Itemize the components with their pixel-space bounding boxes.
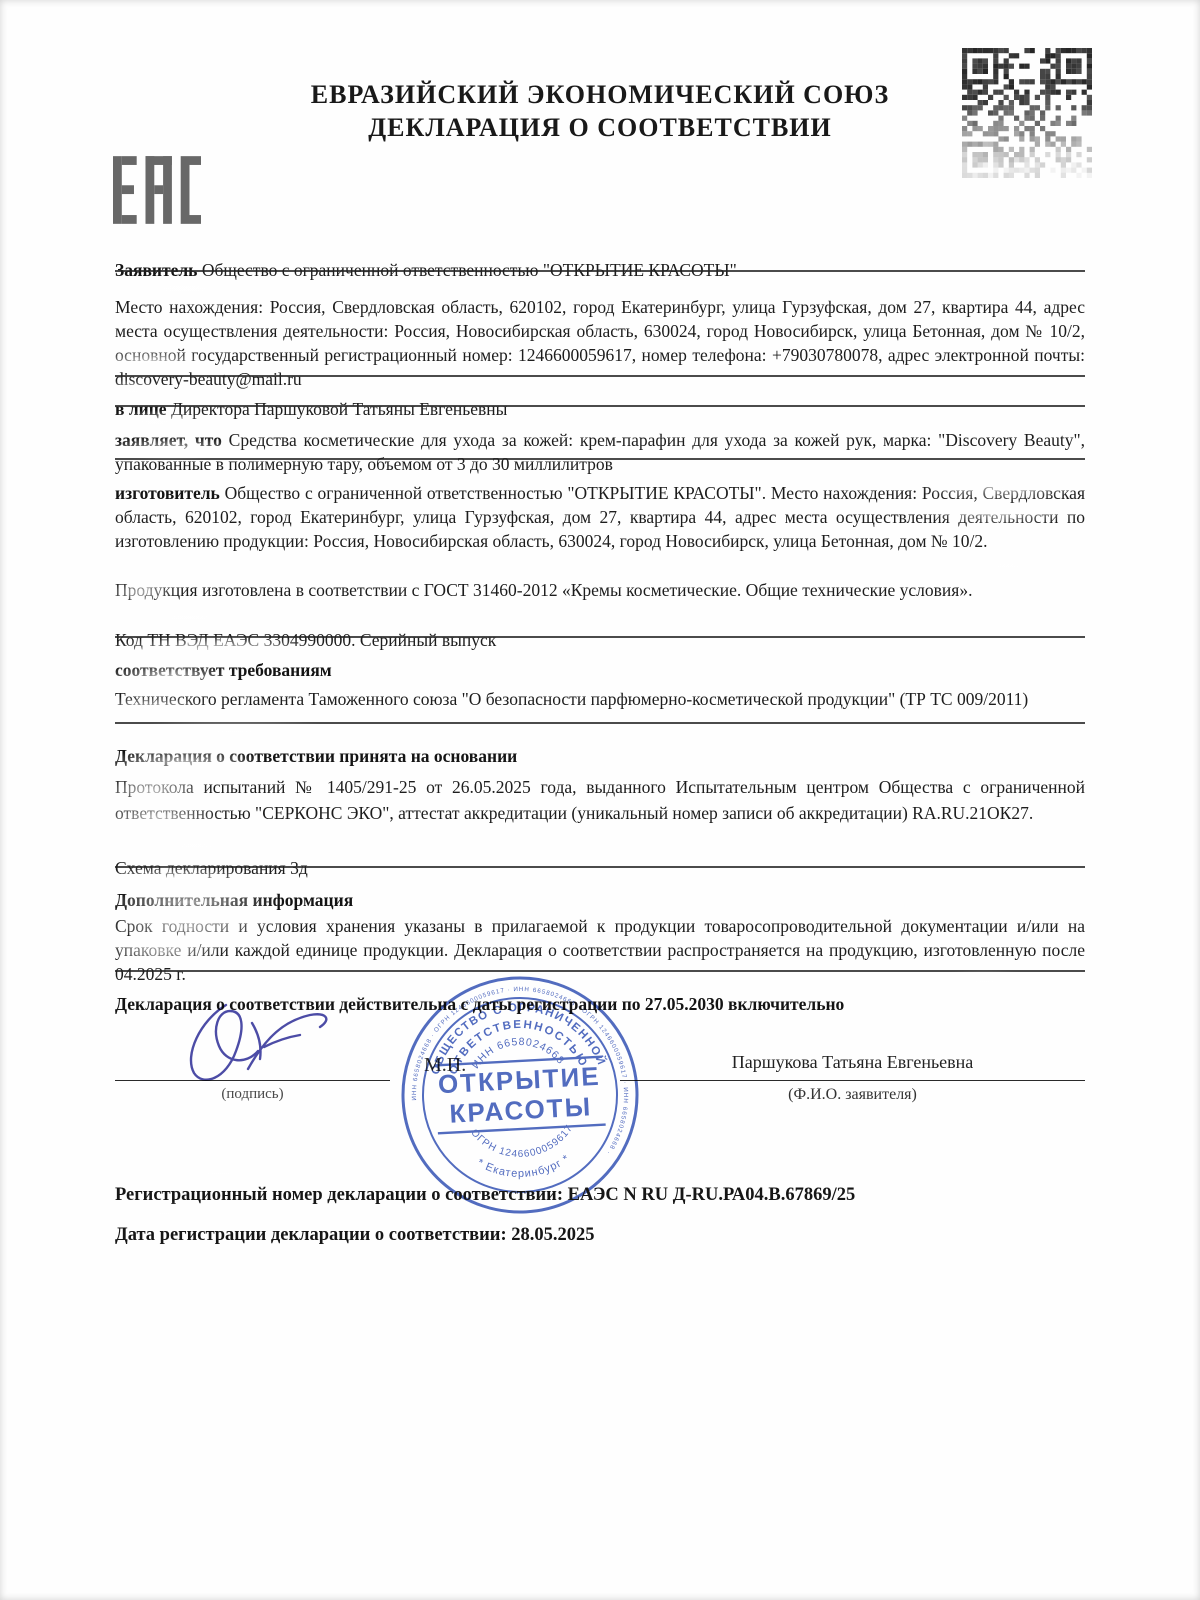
handwritten-signature (160, 993, 390, 1098)
registration-date-row: Дата регистрации декларации о соответств… (115, 1225, 1085, 1246)
eac-mark-icon (113, 150, 201, 235)
manufacturer-row: изготовитель Общество с ограниченной отв… (115, 481, 1085, 553)
declaration-document: ЕВРАЗИЙСКИЙ ЭКОНОМИЧЕСКИЙ СОЮЗ ДЕКЛАРАЦИ… (0, 0, 1200, 1600)
applicant-fio: Паршукова Татьяна Евгеньевна (620, 1052, 1085, 1073)
fio-caption: (Ф.И.О. заявителя) (620, 1086, 1085, 1104)
in-person-label: в лице (115, 399, 167, 419)
qr-code-icon (962, 48, 1092, 183)
fio-line (620, 1080, 1085, 1081)
company-stamp: ИНН 6658024668 · ОГРН 1246600059617 · ИН… (394, 969, 646, 1221)
title-line-1: ЕВРАЗИЙСКИЙ ЭКОНОМИЧЕСКИЙ СОЮЗ (115, 78, 1085, 111)
declares-row: заявляет, что Средства косметические для… (115, 428, 1085, 476)
manufacturer-label: изготовитель (115, 483, 220, 503)
rule-6 (115, 722, 1085, 724)
rule-1 (115, 270, 1085, 272)
rule-2 (115, 375, 1085, 377)
document-title: ЕВРАЗИЙСКИЙ ЭКОНОМИЧЕСКИЙ СОЮЗ ДЕКЛАРАЦИ… (115, 78, 1085, 144)
rule-7 (115, 866, 1085, 868)
rule-4 (115, 458, 1085, 460)
rule-5 (115, 636, 1085, 638)
declares-value: Средства косметические для ухода за коже… (115, 430, 1085, 474)
stamp-name-line2: КРАСОТЫ (449, 1091, 593, 1128)
tnved-row: Код ТН ВЭД ЕАЭС 3304990000. Серийный вып… (115, 628, 1085, 652)
additional-heading: Дополнительная информация (115, 888, 1085, 912)
in-person-row: в лице Директора Паршуковой Татьяны Евге… (115, 397, 1085, 421)
declares-label: заявляет, что (115, 430, 222, 450)
manufacturer-value: Общество с ограниченной ответственностью… (115, 483, 1085, 551)
complies-heading: соответствует требованиям (115, 658, 1085, 682)
registration-number-row: Регистрационный номер декларации о соотв… (115, 1185, 1085, 1206)
title-line-2: ДЕКЛАРАЦИЯ О СООТВЕТСТВИИ (115, 111, 1085, 144)
in-person-value: Директора Паршуковой Татьяны Евгеньевны (171, 399, 507, 419)
complies-value: Технического регламента Таможенного союз… (115, 686, 1085, 712)
gost-row: Продукция изготовлена в соответствии с Г… (115, 578, 1085, 602)
basis-value: Протокола испытаний № 1405/291-25 от 26.… (115, 774, 1085, 826)
rule-3 (115, 405, 1085, 407)
basis-heading: Декларация о соответствии принята на осн… (115, 744, 1085, 768)
